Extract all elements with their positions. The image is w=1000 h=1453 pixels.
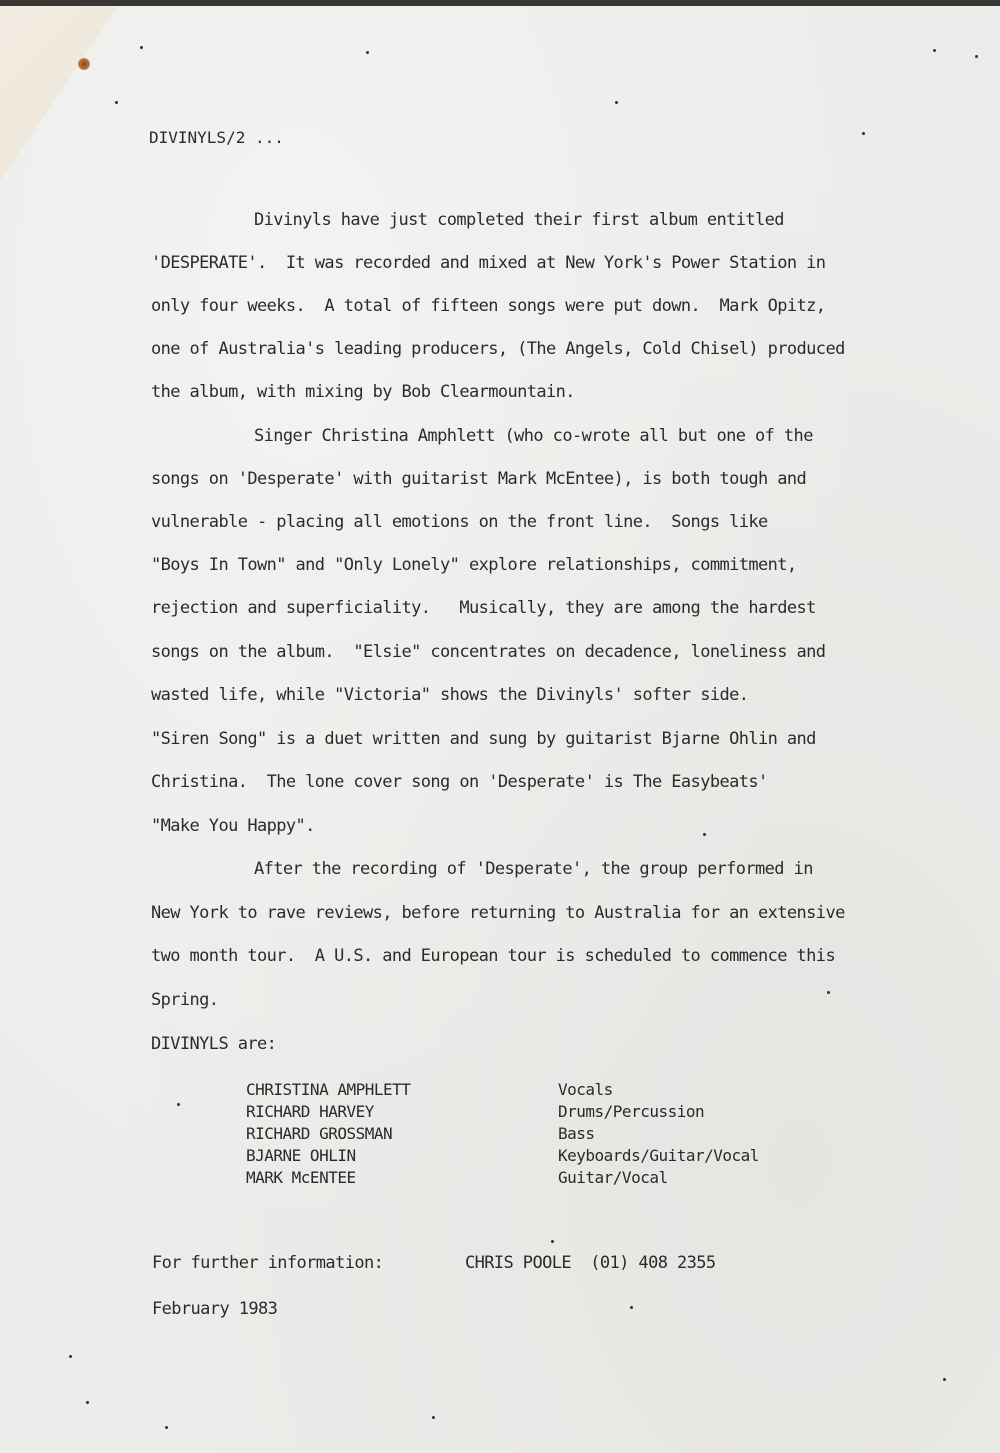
paragraph-2-line-4: "Boys In Town" and "Only Lonely" explore… [151, 555, 797, 575]
member-name: RICHARD GROSSMAN [246, 1123, 558, 1145]
paragraph-2-line-2: songs on 'Desperate' with guitarist Mark… [151, 469, 806, 489]
paper-speck [862, 132, 865, 135]
paper-speck [177, 1103, 180, 1106]
paper-speck [69, 1355, 72, 1358]
paragraph-2-line-1: Singer Christina Amphlett (who co-wrote … [254, 426, 813, 446]
paragraph-1-line-5: the album, with mixing by Bob Clearmount… [151, 382, 575, 402]
paper-speck [432, 1416, 435, 1419]
paper-speck [943, 1378, 946, 1381]
member-role: Guitar/Vocal [558, 1167, 668, 1189]
member-role: Drums/Percussion [558, 1101, 704, 1123]
paper-speck [115, 101, 118, 104]
paragraph-2-line-9: Christina. The lone cover song on 'Despe… [151, 772, 768, 792]
paragraph-3-line-4: Spring. [151, 990, 218, 1010]
roster-row: RICHARD GROSSMAN Bass [246, 1123, 759, 1145]
roster-row: RICHARD HARVEY Drums/Percussion [246, 1101, 759, 1123]
folded-paper-corner [0, 6, 120, 186]
typewritten-page: DIVINYLS/2 ... Divinyls have just comple… [0, 6, 1000, 1453]
member-role: Vocals [558, 1079, 613, 1101]
paper-speck [975, 55, 978, 58]
member-role: Bass [558, 1123, 595, 1145]
paragraph-3-line-2: New York to rave reviews, before returni… [151, 903, 845, 923]
paper-speck [703, 833, 706, 836]
band-roster: CHRISTINA AMPHLETT Vocals RICHARD HARVEY… [246, 1079, 759, 1189]
member-name: MARK McENTEE [246, 1167, 558, 1189]
paper-speck [140, 46, 143, 49]
member-role: Keyboards/Guitar/Vocal [558, 1145, 759, 1167]
member-name: CHRISTINA AMPHLETT [246, 1079, 558, 1101]
paper-speck [551, 1240, 554, 1243]
paper-speck [165, 1426, 168, 1429]
roster-row: CHRISTINA AMPHLETT Vocals [246, 1079, 759, 1101]
paper-speck [366, 51, 369, 54]
roster-row: MARK McENTEE Guitar/Vocal [246, 1167, 759, 1189]
member-name: BJARNE OHLIN [246, 1145, 558, 1167]
paragraph-2-line-6: songs on the album. "Elsie" concentrates… [151, 642, 825, 662]
page-header: DIVINYLS/2 ... [149, 128, 284, 147]
paragraph-2-line-8: "Siren Song" is a duet written and sung … [151, 729, 816, 749]
paragraph-2-line-7: wasted life, while "Victoria" shows the … [151, 685, 748, 705]
contact-value: CHRIS POOLE (01) 408 2355 [465, 1253, 716, 1273]
roster-row: BJARNE OHLIN Keyboards/Guitar/Vocal [246, 1145, 759, 1167]
contact-label: For further information: [152, 1253, 383, 1273]
paragraph-2-line-5: rejection and superficiality. Musically,… [151, 598, 816, 618]
paper-speck [615, 101, 618, 104]
paragraph-2-line-3: vulnerable - placing all emotions on the… [151, 512, 768, 532]
paragraph-1-line-4: one of Australia's leading producers, (T… [151, 339, 845, 359]
paper-speck [933, 49, 936, 52]
roster-heading: DIVINYLS are: [151, 1034, 276, 1054]
paragraph-3-line-3: two month tour. A U.S. and European tour… [151, 946, 835, 966]
paragraph-2-line-10: "Make You Happy". [151, 816, 315, 836]
paragraph-3-line-1: After the recording of 'Desperate', the … [254, 859, 813, 879]
paragraph-1-line-1: Divinyls have just completed their first… [254, 210, 784, 230]
rust-stain [78, 58, 90, 70]
paragraph-1-line-3: only four weeks. A total of fifteen song… [151, 296, 825, 316]
paper-speck [86, 1401, 89, 1404]
paper-speck [827, 991, 830, 994]
document-date: February 1983 [152, 1299, 277, 1319]
paragraph-1-line-2: 'DESPERATE'. It was recorded and mixed a… [151, 253, 825, 273]
paper-speck [630, 1306, 633, 1309]
member-name: RICHARD HARVEY [246, 1101, 558, 1123]
